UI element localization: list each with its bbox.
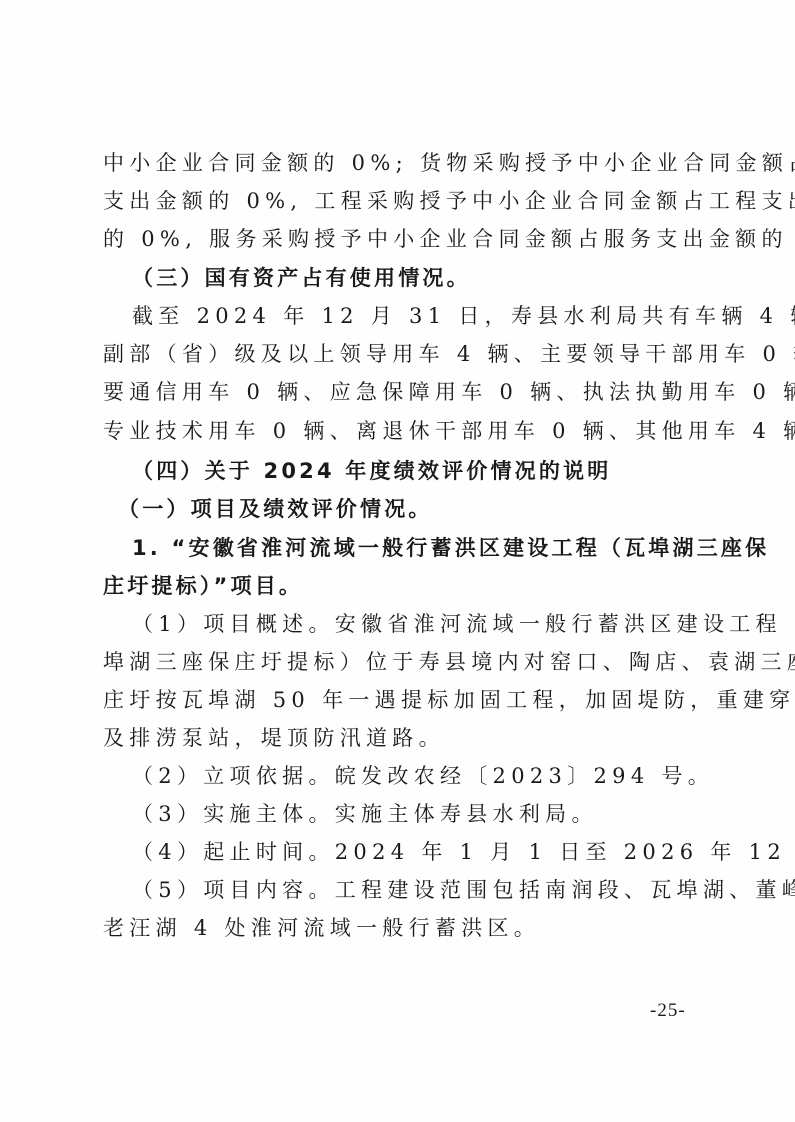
- paragraph-line: 专业技术用车 0 辆、离退休干部用车 0 辆、其他用车 4 辆。: [103, 417, 683, 445]
- section-heading-assets: （三）国有资产占有使用情况。: [132, 264, 712, 292]
- paragraph-line: 的 0%, 服务采购授予中小企业合同金额占服务支出金额的 0%。: [103, 225, 683, 253]
- section-heading-performance: （四）关于 2024 年度绩效评价情况的说明: [132, 457, 712, 485]
- paragraph-line: 中小企业合同金额的 0%; 货物采购授予中小企业合同金额占货物: [103, 149, 683, 177]
- item-content: （5）项目内容。工程建设范围包括南润段、瓦埠湖、董峰湖、: [132, 876, 712, 904]
- subsection-heading: （一）项目及绩效评价情况。: [118, 495, 698, 523]
- project-title-line: 1. “安徽省淮河流域一般行蓄洪区建设工程（瓦埠湖三座保: [132, 534, 712, 562]
- paragraph-line: 支出金额的 0%, 工程采购授予中小企业合同金额占工程支出金额: [103, 187, 683, 215]
- paragraph-line: 埠湖三座保庄圩提标）位于寿县境内对窑口、陶店、袁湖三座保: [103, 648, 683, 676]
- item-implementer: （3）实施主体。实施主体寿县水利局。: [132, 800, 712, 828]
- item-overview: （1）项目概述。安徽省淮河流域一般行蓄洪区建设工程（瓦: [132, 610, 712, 638]
- paragraph-line: 要通信用车 0 辆、应急保障用车 0 辆、执法执勤用车 0 辆、特种: [103, 378, 683, 406]
- item-period: （4）起止时间。2024 年 1 月 1 日至 2026 年 12 月 31 日…: [132, 838, 712, 866]
- project-title-line: 庄圩提标）”项目。: [103, 572, 683, 600]
- page-number: -25-: [650, 1000, 686, 1022]
- paragraph-line: 老汪湖 4 处淮河流域一般行蓄洪区。: [103, 914, 683, 942]
- paragraph-line: 副部（省）级及以上领导用车 4 辆、主要领导干部用车 0 辆、机: [103, 340, 683, 368]
- document-page: 中小企业合同金额的 0%; 货物采购授予中小企业合同金额占货物 支出金额的 0%…: [0, 0, 795, 1122]
- paragraph-line: 截至 2024 年 12 月 31 日，寿县水利局共有车辆 4 辆，其中:: [132, 302, 712, 330]
- item-basis: （2）立项依据。皖发改农经〔2023〕294 号。: [132, 762, 712, 790]
- paragraph-line: 庄圩按瓦埠湖 50 年一遇提标加固工程，加固堤防，重建穿堤涵闸: [103, 686, 683, 714]
- paragraph-line: 及排涝泵站，堤顶防汛道路。: [103, 724, 683, 752]
